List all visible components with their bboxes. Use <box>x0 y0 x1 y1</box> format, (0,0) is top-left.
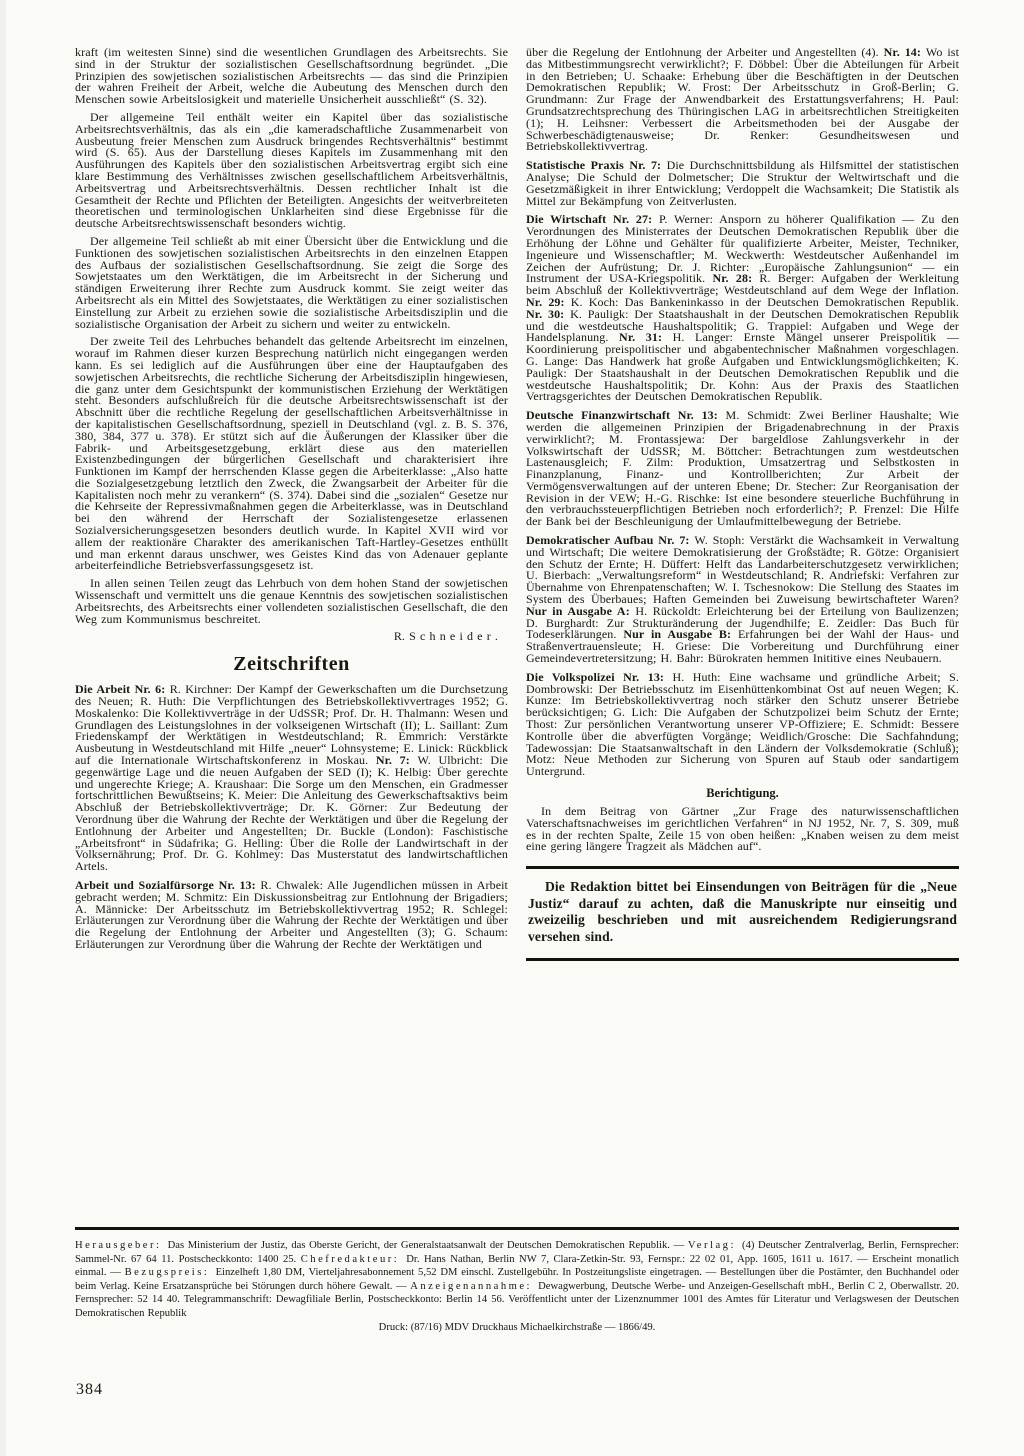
correction-heading: Berichtigung. <box>526 786 959 801</box>
magazine-entry-die-volkspolizei: Die Volkspolizei Nr. 13: H. Huth: Eine w… <box>526 672 959 778</box>
imprint-druck-line: Druck: (87/16) MDV Druckhaus Michaelkirc… <box>75 1321 959 1335</box>
review-paragraph: Der allgemeine Teil schließt ab mit eine… <box>75 236 508 330</box>
magazine-entry-continuation: über die Regelung der Entlohnung der Arb… <box>526 47 959 153</box>
magazine-entry-demokratischer-aufbau: Demokratischer Aufbau Nr. 7: W. Stoph: V… <box>526 535 959 665</box>
right-column: über die Regelung der Entlohnung der Arb… <box>526 47 959 961</box>
scan-edge <box>0 0 6 1456</box>
correction-body: In dem Beitrag von Gärtner „Zur Frage de… <box>526 806 959 853</box>
magazine-entry-die-wirtschaft: Die Wirtschaft Nr. 27: P. Werner: Anspor… <box>526 214 959 403</box>
editorial-notice-text: Die Redaktion bittet bei Einsendungen vo… <box>528 879 957 945</box>
section-heading-zeitschriften: Zeitschriften <box>75 653 508 676</box>
journal-page: kraft (im weitesten Sinne) sind die wese… <box>0 0 1024 1456</box>
review-paragraph: In allen seinen Teilen zeugt das Lehrbuc… <box>75 578 508 625</box>
footer-rule <box>75 1227 959 1230</box>
magazine-entry-arbeit-und-sozialfuersorge: Arbeit und Sozialfürsorge Nr. 13: R. Chw… <box>75 880 508 951</box>
page-number: 384 <box>76 1381 103 1399</box>
text-columns: kraft (im weitesten Sinne) sind die wese… <box>75 47 959 961</box>
imprint-footer: Herausgeber: Das Ministerium der Justiz,… <box>75 1227 959 1334</box>
author-signature: R. S c h n e i d e r . <box>75 631 508 643</box>
review-paragraph-continuation: kraft (im weitesten Sinne) sind die wese… <box>75 47 508 106</box>
review-paragraph: Der allgemeine Teil enthält weiter ein K… <box>75 112 508 230</box>
magazine-entry-deutsche-finanzwirtschaft: Deutsche Finanzwirtschaft Nr. 13: M. Sch… <box>526 410 959 528</box>
magazine-entry-statistische-praxis: Statistische Praxis Nr. 7: Die Durchschn… <box>526 160 959 207</box>
imprint-text: Herausgeber: Das Ministerium der Justiz,… <box>75 1239 959 1321</box>
editorial-notice-box: Die Redaktion bittet bei Einsendungen vo… <box>526 866 959 960</box>
left-column: kraft (im weitesten Sinne) sind die wese… <box>75 47 508 961</box>
review-paragraph: Der zweite Teil des Lehrbuches behandelt… <box>75 336 508 572</box>
magazine-entry-die-arbeit: Die Arbeit Nr. 6: R. Kirchner: Der Kampf… <box>75 684 508 873</box>
